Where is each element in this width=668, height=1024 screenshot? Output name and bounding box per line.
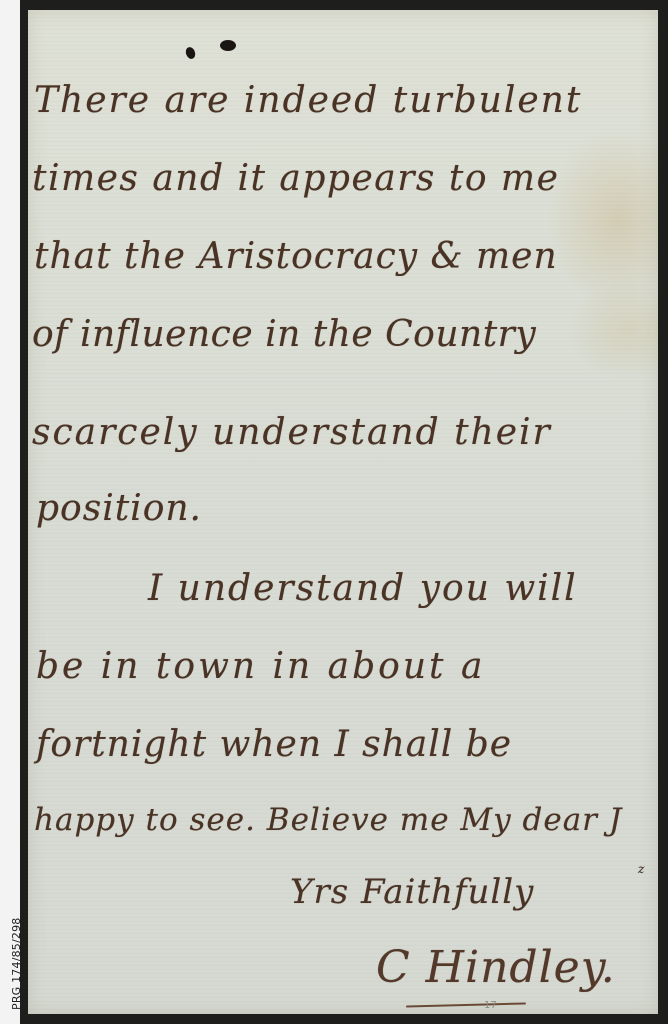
letter-line-4: of influence in the Country xyxy=(32,314,536,355)
document-viewer: PRG 174/85/298 There are indeed turbulen… xyxy=(0,0,668,1024)
letter-line-7: I understand you will xyxy=(148,568,578,609)
letter-signature: C Hindley. xyxy=(376,942,616,993)
letter-line-2: times and it appears to me xyxy=(32,158,559,199)
letter-line-10: happy to see. Believe me My dear J xyxy=(34,802,622,838)
reference-strip: PRG 174/85/298 xyxy=(0,0,20,1024)
margin-mark: z xyxy=(638,862,645,876)
letter-page: There are indeed turbulent times and it … xyxy=(28,10,658,1014)
signature-underline xyxy=(406,1002,526,1007)
letter-line-3: that the Aristocracy & men xyxy=(34,236,558,277)
scan-frame: There are indeed turbulent times and it … xyxy=(20,0,668,1024)
ink-blot xyxy=(220,40,236,51)
letter-closing: Yrs Faithfully xyxy=(290,872,534,912)
letter-line-1: There are indeed turbulent xyxy=(34,80,582,121)
letter-line-6: position. xyxy=(36,488,202,529)
bottom-mark: 17 xyxy=(484,1000,497,1011)
ink-blot xyxy=(184,46,197,60)
letter-line-9: fortnight when I shall be xyxy=(36,724,512,765)
letter-line-5: scarcely understand their xyxy=(32,412,552,453)
letter-line-8: be in town in about a xyxy=(36,646,485,687)
